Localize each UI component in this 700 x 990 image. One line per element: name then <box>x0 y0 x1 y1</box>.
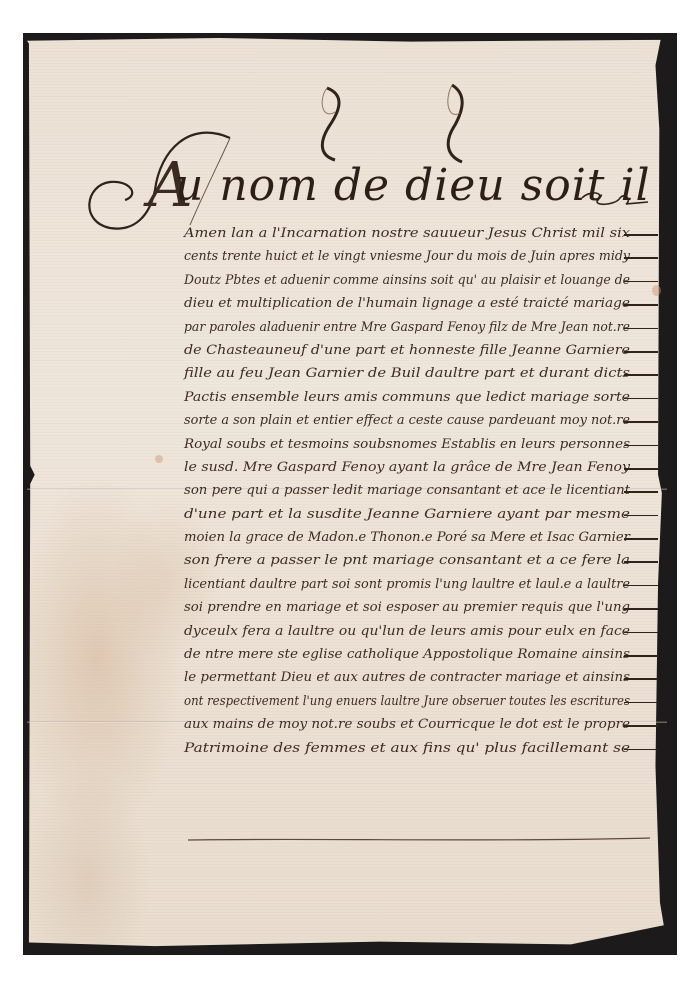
text-line: le susd. Mre Gaspard Fenoy ayant la grâc… <box>184 456 644 479</box>
line-filler-dash <box>624 445 658 447</box>
manuscript-body: Amen lan a l'Incarnation nostre sauueur … <box>184 222 644 760</box>
document-title: u nom de dieu soit il <box>175 160 651 211</box>
line-filler-dash <box>624 725 658 727</box>
text-line: le permettant Dieu et aux autres de cont… <box>184 666 644 689</box>
text-line: moien la grace de Madon.e Thonon.e Poré … <box>184 526 644 549</box>
text-line: Royal soubs et tesmoins soubsnomes Estab… <box>184 433 644 456</box>
line-filler-dash <box>624 421 658 423</box>
text-line: son pere qui a passer ledit mariage cons… <box>184 479 644 502</box>
text-line: soi prendre en mariage et soi esposer au… <box>184 596 644 619</box>
line-filler-dash <box>624 304 658 306</box>
line-filler-dash <box>624 491 658 493</box>
text-line: de ntre mere ste eglise catholique Appos… <box>184 643 644 666</box>
text-line: dieu et multiplication de l'humain ligna… <box>184 292 644 315</box>
text-line: d'une part et la susdite Jeanne Garniere… <box>184 503 644 526</box>
line-filler-dash <box>624 468 658 470</box>
text-line: fille au feu Jean Garnier de Buil daultr… <box>184 362 644 385</box>
line-filler-dash <box>624 538 658 540</box>
line-filler-dash <box>624 702 658 704</box>
stain-spot <box>155 455 163 463</box>
text-line: de Chasteauneuf d'une part et honneste f… <box>184 339 644 362</box>
line-filler-dash <box>624 257 658 259</box>
line-filler-dash <box>624 655 658 657</box>
text-line: par paroles aladuenir entre Mre Gaspard … <box>184 316 644 339</box>
text-line: cents trente huict et le vingt vniesme J… <box>184 245 644 268</box>
text-line: son frere a passer le pnt mariage consan… <box>184 549 644 572</box>
text-line: licentiant daultre part soi sont promis … <box>184 573 644 596</box>
line-filler-dash <box>624 398 658 400</box>
text-line: Amen lan a l'Incarnation nostre sauueur … <box>184 222 644 245</box>
line-filler-dash <box>624 328 658 330</box>
line-filler-dash <box>624 561 658 563</box>
text-line: Patrimoine des femmes et aux fins qu' pl… <box>184 737 644 760</box>
line-filler-dash <box>624 281 658 283</box>
line-filler-dash <box>624 515 658 517</box>
text-line: sorte a son plain et entier effect a ces… <box>184 409 644 432</box>
line-filler-dash <box>624 374 658 376</box>
line-filler-dash <box>624 234 658 236</box>
text-line: Pactis ensemble leurs amis communs que l… <box>184 386 644 409</box>
text-line: Doutz Pbtes et aduenir comme ainsins soi… <box>184 269 644 292</box>
text-line: dyceulx fera a laultre ou qu'lun de leur… <box>184 620 644 643</box>
line-filler-dash <box>624 608 658 610</box>
line-filler-dash <box>624 678 658 680</box>
stain-spot <box>652 285 661 296</box>
text-line: aux mains de moy not.re soubs et Courric… <box>184 713 644 736</box>
line-filler-dash <box>624 632 658 634</box>
line-filler-dash <box>624 585 658 587</box>
line-filler-dash <box>624 351 658 353</box>
text-line: ont respectivement l'ung enuers laultre … <box>184 690 644 713</box>
line-filler-dash <box>624 749 658 751</box>
